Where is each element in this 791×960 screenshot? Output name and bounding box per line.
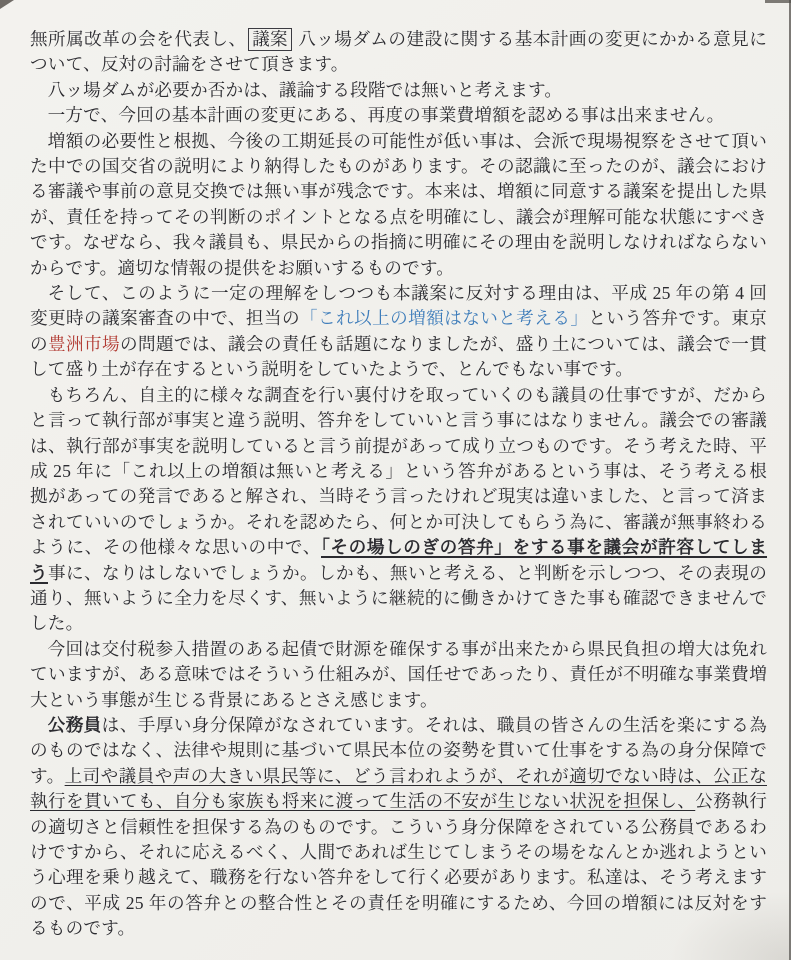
scanned-document-page: 無所属改革の会を代表し、議案八ッ場ダムの建設に関する基本計画の変更にかかる意見に… [0, 0, 791, 960]
paragraph-site-inspection: 増額の必要性と根拠、今後の工期延長の可能性が低い事は、会派で現場視察をさせて頂い… [30, 129, 767, 281]
civil-servant-text-2: 公務執行の適切さと信頼性を担保する為のものです。こういう身分保障をされている公務… [30, 791, 767, 938]
paragraph-dam-necessity: 八ッ場ダムが必要か否かは、議論する段階では無いと考えます。 [30, 78, 767, 103]
paragraph-local-bond: 今回は交付税参入措置のある起債で財源を確保する事が出来たから県民負担の増大は免れ… [30, 637, 767, 713]
paragraph-civil-servants: 公務員は、手厚い身分保障がなされています。それは、職員の皆さんの生活を楽にする為… [30, 713, 767, 942]
underlined-status-guarantee: 上司や議員や声の大きい県民等に、どう言われようが、それが適切でない時は、公正な執… [30, 766, 767, 811]
paragraph-opening: 無所属改革の会を代表し、議案八ッ場ダムの建設に関する基本計画の変更にかかる意見に… [30, 27, 767, 78]
paragraph-cannot-approve: 一方で、今回の基本計画の変更にある、再度の事業費増額を認める事は出来ません。 [30, 103, 767, 128]
document-body: 無所属改革の会を代表し、議案八ッ場ダムの建設に関する基本計画の変更にかかる意見に… [30, 27, 767, 942]
red-term-toyosu-market: 豊洲市場 [48, 334, 120, 354]
scan-artifact-top-left [0, 0, 14, 9]
opening-text-before-box: 無所属改革の会を代表し、 [30, 29, 246, 49]
executive-text-1: もちろん、自主的に様々な調査を行い裏付けを取っていくのも議員の仕事ですが、だから… [30, 385, 767, 557]
bold-term-civil-servant: 公務員 [48, 715, 102, 735]
reason-text-3: の問題では、議会の責任も話題になりましたが、盛り土については、議会で一貫して盛り… [30, 334, 767, 379]
executive-text-2: 事に、なりはしないでしょうか。しかも、無いと考える、と判断を示しつつ、その表現の… [30, 563, 767, 634]
boxed-word-gian: 議案 [248, 28, 292, 51]
blue-quoted-answer: 「これ以上の増額はないと考える」 [300, 308, 588, 328]
paragraph-executive-explanation: もちろん、自主的に様々な調査を行い裏付けを取っていくのも議員の仕事ですが、だから… [30, 383, 767, 637]
scan-artifact-top-right [765, 0, 791, 3]
paragraph-opposition-reason: そして、このように一定の理解をしつつも本議案に反対する理由は、平成 25 年の第… [30, 281, 767, 383]
